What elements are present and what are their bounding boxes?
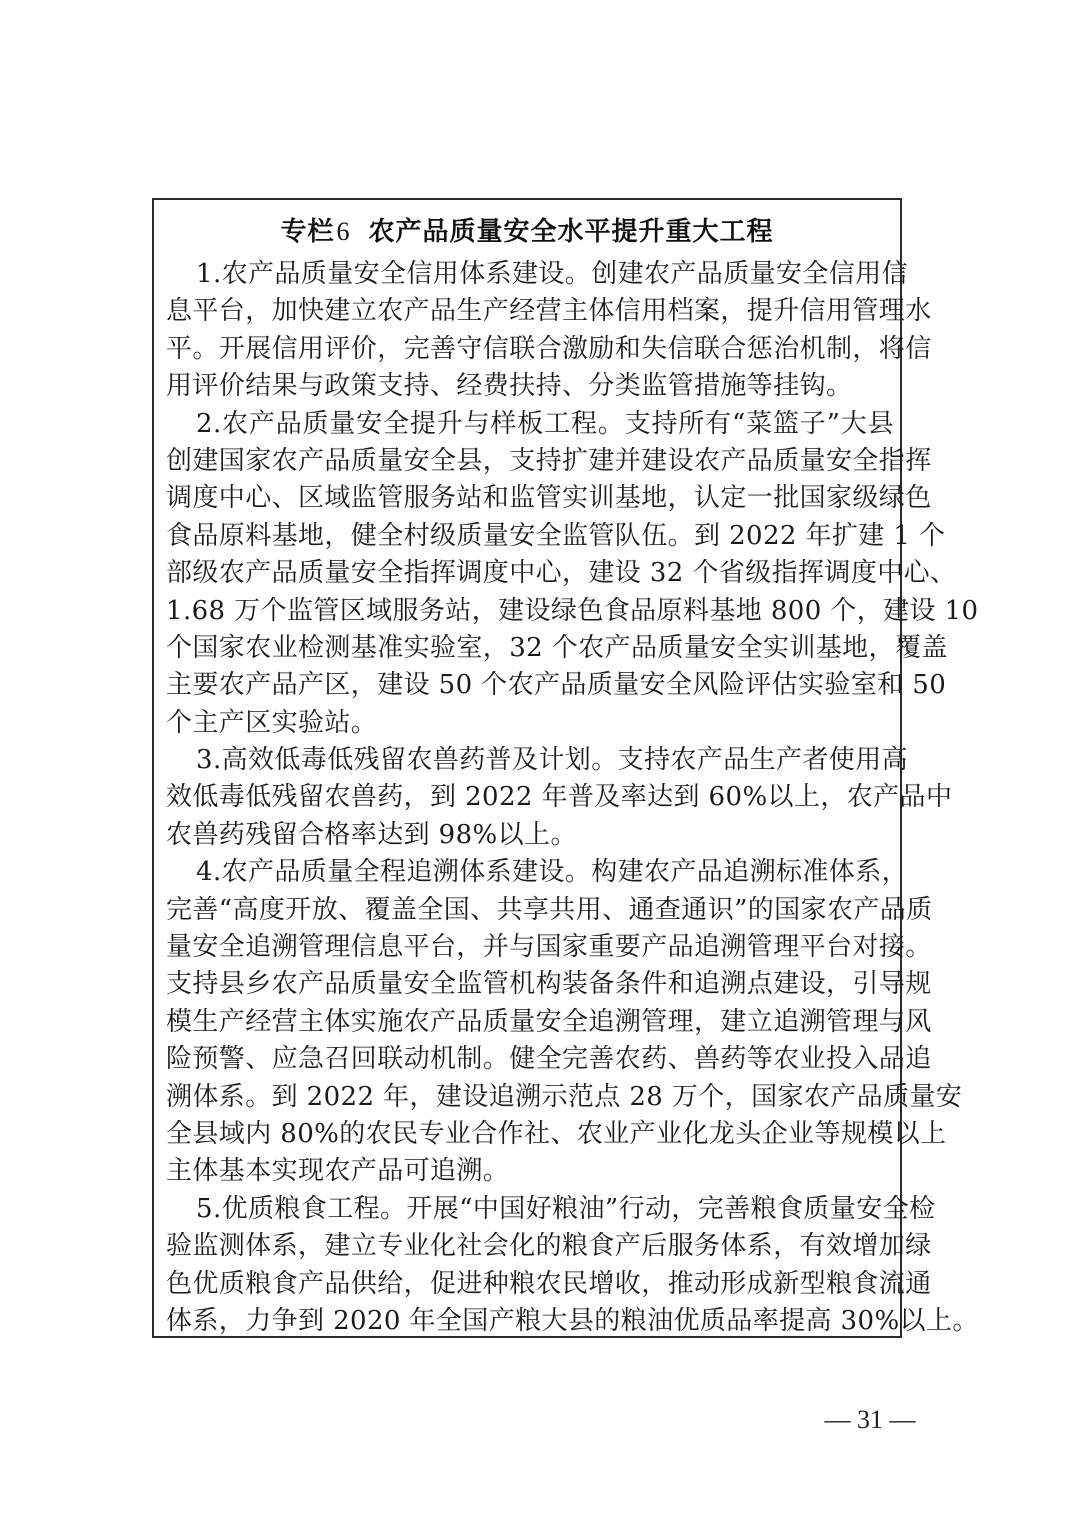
paragraph-line: 部级农产品质量安全指挥调度中心，建设 32 个省级指挥调度中心、 — [166, 555, 894, 592]
paragraph-line: 体系，力争到 2020 年全国产粮大县的粮油优质品率提高 30%以上。 — [166, 1303, 894, 1340]
paragraph-line: 模生产经营主体实施农产品质量安全追溯管理，建立追溯管理与风 — [166, 1004, 894, 1041]
item-traceability-system: 4.农产品质量全程追溯体系建设。构建农产品追溯标准体系， 完善“高度开放、覆盖全… — [166, 854, 894, 1191]
paragraph-line: 3.高效低毒低残留农兽药普及计划。支持农产品生产者使用高 — [166, 742, 894, 779]
item-credit-system: 1.农产品质量安全信用体系建设。创建农产品质量安全信用信 息平台，加快建立农产品… — [166, 256, 894, 406]
paragraph-line: 主要农产品产区，建设 50 个农产品质量安全风险评估实验室和 50 — [166, 667, 894, 704]
paragraph-line: 完善“高度开放、覆盖全国、共享共用、通查通识”的国家农产品质 — [166, 892, 894, 929]
paragraph-line: 调度中心、区域监管服务站和监管实训基地，认定一批国家级绿色 — [166, 480, 894, 517]
paragraph-line: 4.农产品质量全程追溯体系建设。构建农产品追溯标准体系， — [166, 854, 894, 891]
paragraph-line: 全县域内 80%的农民专业合作社、农业产业化龙头企业等规模以上 — [166, 1116, 894, 1153]
box-title-prefix: 专栏 — [280, 217, 334, 247]
paragraph-line: 色优质粮食产品供给，促进种粮农民增收，推动形成新型粮食流通 — [166, 1266, 894, 1303]
paragraph-line: 险预警、应急召回联动机制。健全完善农药、兽药等农业投入品追 — [166, 1041, 894, 1078]
item-pesticide-plan: 3.高效低毒低残留农兽药普及计划。支持农产品生产者使用高 效低毒低残留农兽药，到… — [166, 742, 894, 854]
box-content: 1.农产品质量安全信用体系建设。创建农产品质量安全信用信 息平台，加快建立农产品… — [166, 256, 894, 1340]
paragraph-line: 主体基本实现农产品可追溯。 — [166, 1153, 894, 1190]
paragraph-line: 1.农产品质量安全信用体系建设。创建农产品质量安全信用信 — [166, 256, 894, 293]
box-title-number: 6 — [337, 217, 351, 246]
paragraph-line: 验监测体系，建立专业化社会化的粮食产后服务体系，有效增加绿 — [166, 1228, 894, 1265]
box-title-text: 农产品质量安全水平提升重大工程 — [369, 217, 774, 247]
paragraph-line: 效低毒低残留农兽药，到 2022 年普及率达到 60%以上，农产品中 — [166, 779, 894, 816]
paragraph-line: 用评价结果与政策支持、经费扶持、分类监管措施等挂钩。 — [166, 368, 894, 405]
paragraph-line: 支持县乡农产品质量安全监管机构装备条件和追溯点建设，引导规 — [166, 966, 894, 1003]
item-quality-grain: 5.优质粮食工程。开展“中国好粮油”行动，完善粮食质量安全检 验监测体系，建立专… — [166, 1191, 894, 1341]
page-number: — 31 — — [815, 1402, 925, 1438]
paragraph-line: 1.68 万个监管区域服务站，建设绿色食品原料基地 800 个，建设 10 — [166, 593, 894, 630]
box-title: 专栏6农产品质量安全水平提升重大工程 — [154, 214, 900, 250]
paragraph-line: 个主产区实验站。 — [166, 705, 894, 742]
paragraph-line: 食品原料基地，健全村级质量安全监管队伍。到 2022 年扩建 1 个 — [166, 518, 894, 555]
paragraph-line: 2.农产品质量安全提升与样板工程。支持所有“菜篮子”大县 — [166, 406, 894, 443]
paragraph-line: 平。开展信用评价，完善守信联合激励和失信联合惩治机制，将信 — [166, 331, 894, 368]
paragraph-line: 5.优质粮食工程。开展“中国好粮油”行动，完善粮食质量安全检 — [166, 1191, 894, 1228]
paragraph-line: 个国家农业检测基准实验室，32 个农产品质量安全实训基地，覆盖 — [166, 630, 894, 667]
paragraph-line: 量安全追溯管理信息平台，并与国家重要产品追溯管理平台对接。 — [166, 929, 894, 966]
paragraph-line: 息平台，加快建立农产品生产经营主体信用档案，提升信用管理水 — [166, 293, 894, 330]
item-quality-improvement: 2.农产品质量安全提升与样板工程。支持所有“菜篮子”大县 创建国家农产品质量安全… — [166, 406, 894, 743]
feature-box-column-6: 专栏6农产品质量安全水平提升重大工程 1.农产品质量安全信用体系建设。创建农产品… — [152, 198, 902, 1338]
paragraph-line: 创建国家农产品质量安全县，支持扩建并建设农产品质量安全指挥 — [166, 443, 894, 480]
paragraph-line: 农兽药残留合格率达到 98%以上。 — [166, 817, 894, 854]
paragraph-line: 溯体系。到 2022 年，建设追溯示范点 28 万个，国家农产品质量安 — [166, 1079, 894, 1116]
